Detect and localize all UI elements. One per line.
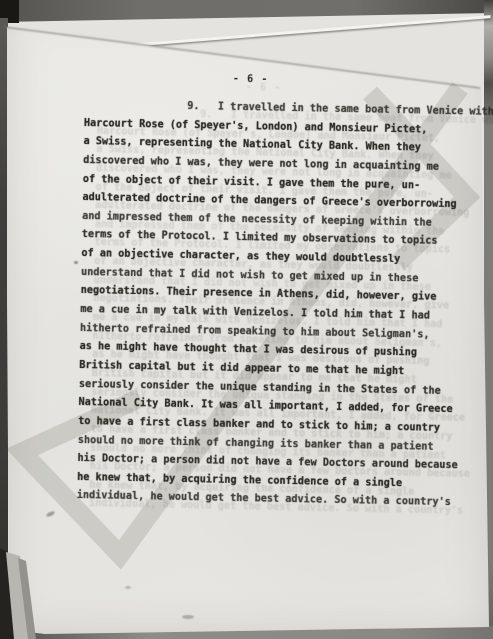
ink-speck — [74, 261, 78, 264]
ink-speck — [125, 586, 131, 589]
page-number: - 6 - — [233, 70, 487, 94]
scanned-document-page: - 6 - 9. I travelled in the same boat fr… — [0, 0, 493, 639]
typewritten-text-block: - 6 - 9. I travelled in the same boat fr… — [76, 67, 487, 535]
ink-speck — [182, 615, 194, 619]
